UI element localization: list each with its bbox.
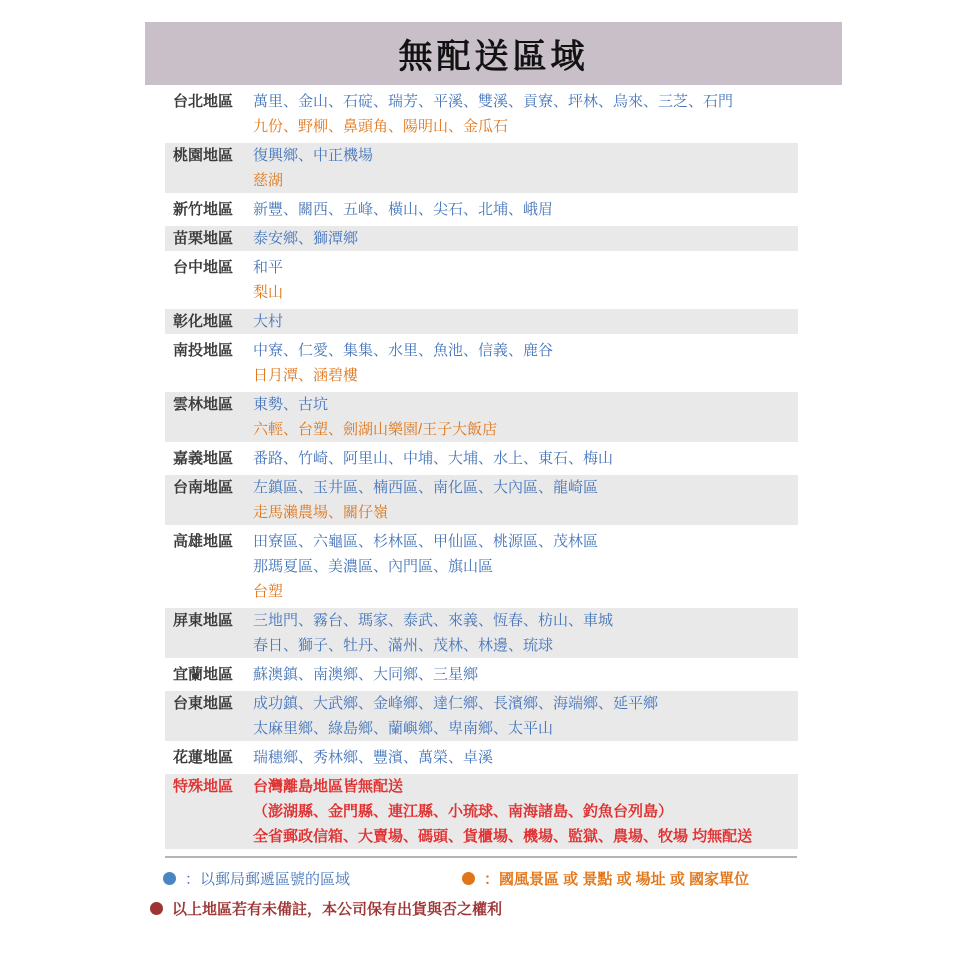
table-row: 台中地區 和平梨山 [165, 254, 798, 306]
region-areas: 田寮區、六龜區、杉林區、甲仙區、桃源區、茂林區那瑪夏區、美濃區、內門區、旗山區台… [253, 529, 798, 604]
table-row: 嘉義地區 番路、竹崎、阿里山、中埔、大埔、水上、東石、梅山 [165, 445, 798, 472]
table-row: 雲林地區 東勢、古坑六輕、台塑、劍湖山樂園/王子大飯店 [165, 392, 798, 442]
area-line: 台塑 [253, 579, 798, 604]
region-areas: 三地門、霧台、瑪家、泰武、來義、恆春、枋山、車城春日、獅子、牡丹、滿州、茂林、林… [253, 608, 798, 658]
legend-text: ：國風景區 或 景點 或 場址 或 國家單位 [484, 868, 749, 889]
area-line: 那瑪夏區、美濃區、內門區、旗山區 [253, 554, 798, 579]
region-areas: 泰安鄉、獅潭鄉 [253, 226, 798, 251]
area-line: 春日、獅子、牡丹、滿州、茂林、林邊、琉球 [253, 633, 798, 658]
legend: ：以郵局郵遞區號的區域：國風景區 或 景點 或 場址 或 國家單位以上地區若有未… [150, 863, 940, 923]
table-row: 屏東地區 三地門、霧台、瑪家、泰武、來義、恆春、枋山、車城春日、獅子、牡丹、滿州… [165, 608, 798, 658]
area-line: 六輕、台塑、劍湖山樂園/王子大飯店 [253, 417, 798, 442]
legend-text: ：以郵局郵遞區號的區域 [185, 868, 350, 889]
region-label: 南投地區 [165, 338, 253, 388]
postal-code-legend-dot-icon [163, 872, 176, 885]
legend-row: ：以郵局郵遞區號的區域：國風景區 或 景點 或 場址 或 國家單位 [150, 863, 940, 893]
table-row: 台東地區 成功鎮、大武鄉、金峰鄉、達仁鄉、長濱鄉、海端鄉、延平鄉太麻里鄉、綠島鄉… [165, 691, 798, 741]
region-areas: 成功鎮、大武鄉、金峰鄉、達仁鄉、長濱鄉、海端鄉、延平鄉太麻里鄉、綠島鄉、蘭嶼鄉、… [253, 691, 798, 741]
area-line: 慈湖 [253, 168, 798, 193]
page: 無配送區域 台北地區 萬里、金山、石碇、瑞芳、平溪、雙溪、貢寮、坪林、烏來、三芝… [0, 0, 957, 957]
area-line: 復興鄉、中正機場 [253, 143, 798, 168]
region-areas: 瑞穗鄉、秀林鄉、豐濱、萬榮、卓溪 [253, 745, 798, 770]
area-line: 瑞穗鄉、秀林鄉、豐濱、萬榮、卓溪 [253, 745, 798, 770]
area-line: 蘇澳鎮、南澳鄉、大同鄉、三星鄉 [253, 662, 798, 687]
region-areas: 和平梨山 [253, 255, 798, 305]
region-areas: 番路、竹崎、阿里山、中埔、大埔、水上、東石、梅山 [253, 446, 798, 471]
area-line: 走馬瀨農場、關仔嶺 [253, 500, 798, 525]
table-row: 台南地區 左鎮區、玉井區、楠西區、南化區、大內區、龍崎區走馬瀨農場、關仔嶺 [165, 475, 798, 525]
area-line: 泰安鄉、獅潭鄉 [253, 226, 798, 251]
region-label: 花蓮地區 [165, 745, 253, 770]
region-label: 台中地區 [165, 255, 253, 305]
disclaimer-legend: 以上地區若有未備註，本公司保有出貨與否之權利 [150, 898, 502, 919]
table-row: 花蓮地區 瑞穗鄉、秀林鄉、豐濱、萬榮、卓溪 [165, 744, 798, 771]
area-line: 台灣離島地區皆無配送 [253, 774, 798, 799]
area-line: 新豐、關西、五峰、橫山、尖石、北埔、峨眉 [253, 197, 798, 222]
region-label: 特殊地區 [165, 774, 253, 849]
region-areas: 左鎮區、玉井區、楠西區、南化區、大內區、龍崎區走馬瀨農場、關仔嶺 [253, 475, 798, 525]
area-line: 日月潭、涵碧樓 [253, 363, 798, 388]
region-areas: 中寮、仁愛、集集、水里、魚池、信義、鹿谷日月潭、涵碧樓 [253, 338, 798, 388]
table-row: 特殊地區 台灣離島地區皆無配送（澎湖縣、金門縣、連江縣、小琉球、南海諸島、釣魚台… [165, 774, 798, 849]
region-areas: 台灣離島地區皆無配送（澎湖縣、金門縣、連江縣、小琉球、南海諸島、釣魚台列島）全省… [253, 774, 798, 849]
postal-code-legend: ：以郵局郵遞區號的區域 [150, 868, 462, 889]
region-areas: 蘇澳鎮、南澳鄉、大同鄉、三星鄉 [253, 662, 798, 687]
area-line: 太麻里鄉、綠島鄉、蘭嶼鄉、卑南鄉、太平山 [253, 716, 798, 741]
region-label: 屏東地區 [165, 608, 253, 658]
area-line: 萬里、金山、石碇、瑞芳、平溪、雙溪、貢寮、坪林、烏來、三芝、石門 [253, 89, 798, 114]
region-label: 台東地區 [165, 691, 253, 741]
region-areas: 新豐、關西、五峰、橫山、尖石、北埔、峨眉 [253, 197, 798, 222]
table-row: 高雄地區 田寮區、六龜區、杉林區、甲仙區、桃源區、茂林區那瑪夏區、美濃區、內門區… [165, 528, 798, 605]
disclaimer-legend-dot-icon [150, 902, 163, 915]
table-row: 宜蘭地區 蘇澳鎮、南澳鄉、大同鄉、三星鄉 [165, 661, 798, 688]
table-row: 南投地區 中寮、仁愛、集集、水里、魚池、信義、鹿谷日月潭、涵碧樓 [165, 337, 798, 389]
area-line: （澎湖縣、金門縣、連江縣、小琉球、南海諸島、釣魚台列島） [253, 799, 798, 824]
region-label: 高雄地區 [165, 529, 253, 604]
area-line: 全省郵政信箱、大賣場、碼頭、貨櫃場、機場、監獄、農場、牧場 均無配送 [253, 824, 798, 849]
region-label: 台南地區 [165, 475, 253, 525]
area-line: 東勢、古坑 [253, 392, 798, 417]
region-areas: 萬里、金山、石碇、瑞芳、平溪、雙溪、貢寮、坪林、烏來、三芝、石門九份、野柳、鼻頭… [253, 89, 798, 139]
table-row: 新竹地區 新豐、關西、五峰、橫山、尖石、北埔、峨眉 [165, 196, 798, 223]
region-label: 嘉義地區 [165, 446, 253, 471]
area-line: 三地門、霧台、瑪家、泰武、來義、恆春、枋山、車城 [253, 608, 798, 633]
region-label: 宜蘭地區 [165, 662, 253, 687]
area-line: 左鎮區、玉井區、楠西區、南化區、大內區、龍崎區 [253, 475, 798, 500]
scenic-area-legend: ：國風景區 或 景點 或 場址 或 國家單位 [462, 868, 749, 889]
table-row: 桃園地區 復興鄉、中正機場慈湖 [165, 143, 798, 193]
region-label: 彰化地區 [165, 309, 253, 334]
area-line: 中寮、仁愛、集集、水里、魚池、信義、鹿谷 [253, 338, 798, 363]
region-areas: 東勢、古坑六輕、台塑、劍湖山樂園/王子大飯店 [253, 392, 798, 442]
area-line: 梨山 [253, 280, 798, 305]
table-row: 苗栗地區 泰安鄉、獅潭鄉 [165, 226, 798, 251]
region-label: 雲林地區 [165, 392, 253, 442]
no-delivery-table: 台北地區 萬里、金山、石碇、瑞芳、平溪、雙溪、貢寮、坪林、烏來、三芝、石門九份、… [165, 88, 798, 852]
page-title: 無配送區域 [399, 29, 589, 78]
header-bar: 無配送區域 [145, 22, 842, 85]
table-row: 台北地區 萬里、金山、石碇、瑞芳、平溪、雙溪、貢寮、坪林、烏來、三芝、石門九份、… [165, 88, 798, 140]
legend-row: 以上地區若有未備註，本公司保有出貨與否之權利 [150, 893, 940, 923]
region-label: 桃園地區 [165, 143, 253, 193]
region-label: 新竹地區 [165, 197, 253, 222]
region-areas: 復興鄉、中正機場慈湖 [253, 143, 798, 193]
scenic-area-legend-dot-icon [462, 872, 475, 885]
table-row: 彰化地區 大村 [165, 309, 798, 334]
legend-text: 以上地區若有未備註，本公司保有出貨與否之權利 [172, 898, 502, 919]
area-line: 田寮區、六龜區、杉林區、甲仙區、桃源區、茂林區 [253, 529, 798, 554]
region-areas: 大村 [253, 309, 798, 334]
footer-divider [165, 856, 797, 858]
area-line: 九份、野柳、鼻頭角、陽明山、金瓜石 [253, 114, 798, 139]
area-line: 大村 [253, 309, 798, 334]
area-line: 成功鎮、大武鄉、金峰鄉、達仁鄉、長濱鄉、海端鄉、延平鄉 [253, 691, 798, 716]
region-label: 苗栗地區 [165, 226, 253, 251]
area-line: 和平 [253, 255, 798, 280]
region-label: 台北地區 [165, 89, 253, 139]
area-line: 番路、竹崎、阿里山、中埔、大埔、水上、東石、梅山 [253, 446, 798, 471]
